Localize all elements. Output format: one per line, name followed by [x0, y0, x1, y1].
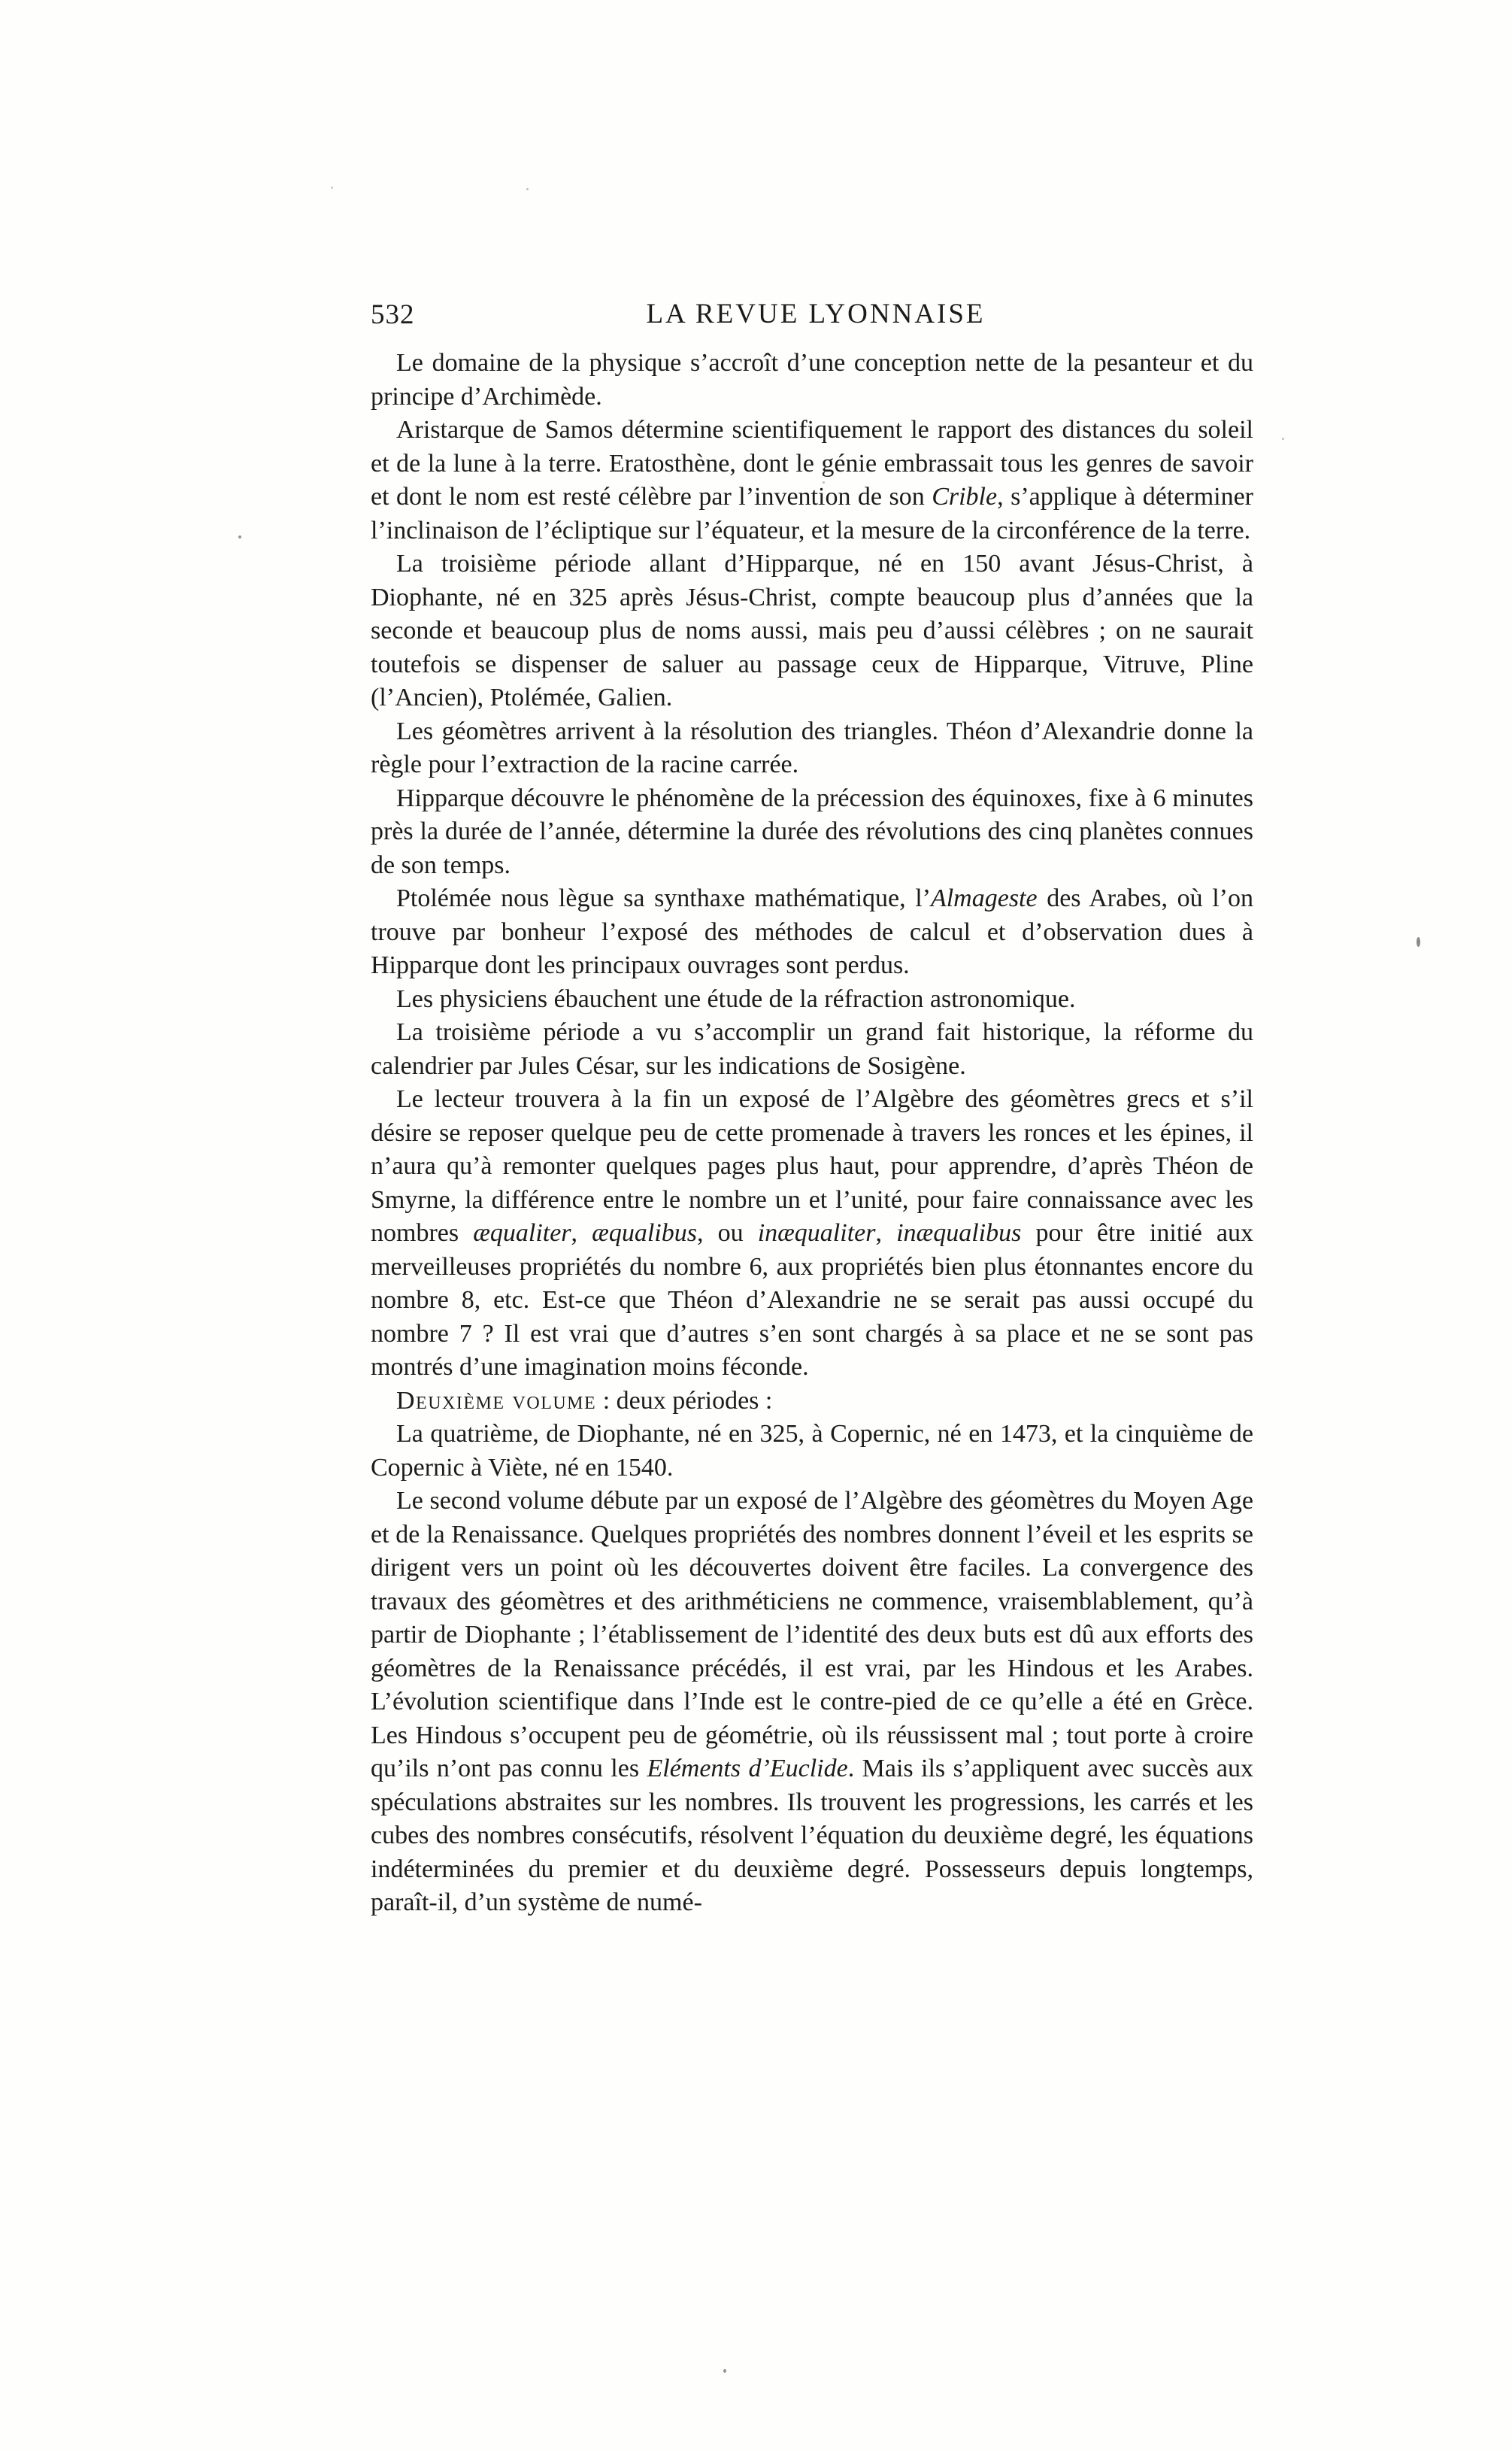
paragraph: Aristarque de Samos détermine scientifiq… — [371, 414, 1253, 548]
page-title: LA REVUE LYONNAISE — [371, 298, 1253, 330]
paragraph: Le lecteur trouvera à la fin un exposé d… — [371, 1083, 1253, 1385]
scan-speck — [331, 187, 333, 189]
scan-speck — [526, 188, 529, 190]
paragraph: Deuxième volume : deux périodes : — [371, 1385, 1253, 1418]
scan-speck — [1282, 438, 1284, 440]
paragraph: Hipparque découvre le phénomène de la pr… — [371, 782, 1253, 883]
paragraph: Les géomètres arrivent à la résolution d… — [371, 715, 1253, 782]
page-body: Le domaine de la physique s’accroît d’un… — [371, 347, 1253, 1920]
paragraph: Le domaine de la physique s’accroît d’un… — [371, 347, 1253, 414]
scan-speck — [823, 481, 825, 484]
page-header: 532 LA REVUE LYONNAISE — [371, 298, 1253, 329]
paragraph: Les physiciens ébauchent une étude de la… — [371, 983, 1253, 1017]
paragraph: Ptolémée nous lègue sa synthaxe mathémat… — [371, 882, 1253, 983]
paragraph: La troisième période allant d’Hipparque,… — [371, 548, 1253, 715]
scan-speck — [238, 535, 241, 538]
paragraph: La troisième période a vu s’accomplir un… — [371, 1016, 1253, 1083]
scan-speck — [723, 2369, 726, 2373]
scanned-page: 532 LA REVUE LYONNAISE Le domaine de la … — [0, 0, 1512, 2451]
paragraph: Le second volume débute par un exposé de… — [371, 1485, 1253, 1920]
paragraph: La quatrième, de Diophante, né en 325, à… — [371, 1418, 1253, 1485]
scan-speck — [1417, 937, 1420, 947]
page-number: 532 — [371, 299, 415, 331]
